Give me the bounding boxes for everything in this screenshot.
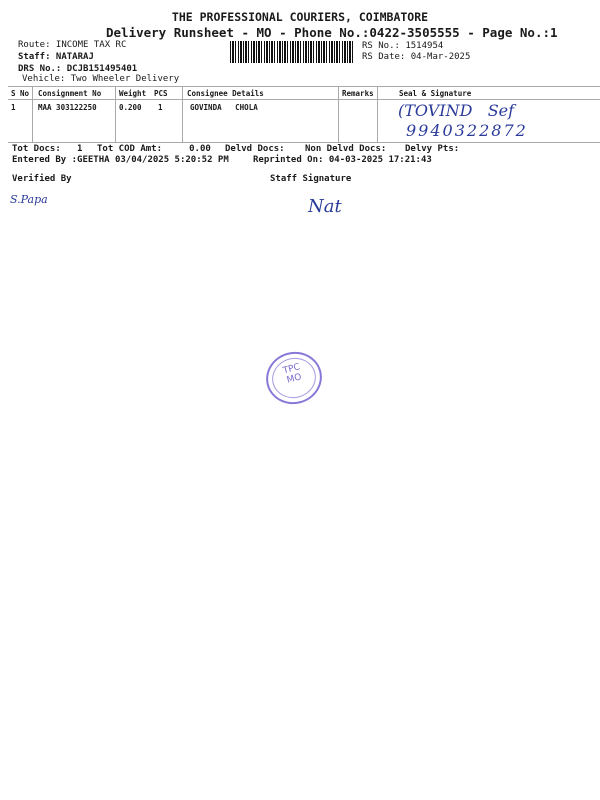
- row-consignment: MAA 303122250: [38, 103, 97, 112]
- tot-cod: Tot COD Amt: 0.00: [97, 144, 211, 154]
- delvd-docs: Delvd Docs:: [225, 144, 285, 154]
- staff-signature-label: Staff Signature: [270, 174, 351, 184]
- staff-signature: Nat: [308, 196, 342, 217]
- non-delvd-docs: Non Delvd Docs:: [305, 144, 386, 154]
- col-consignment: Consignment No: [38, 89, 101, 98]
- verified-signature: S.Papa: [10, 193, 48, 206]
- barcode: [230, 41, 355, 63]
- entered-by: Entered By :GEETHA 03/04/2025 5:20:52 PM: [12, 155, 229, 165]
- staff: Staff: NATARAJ: [18, 52, 94, 62]
- vehicle: Vehicle: Two Wheeler Delivery: [22, 74, 179, 84]
- route: Route: INCOME TAX RC: [18, 40, 126, 50]
- rs-date: RS Date: 04-Mar-2025: [362, 52, 470, 62]
- company-stamp: TPC MO: [260, 346, 328, 411]
- row-weight: 0.200: [119, 103, 142, 112]
- verified-by-label: Verified By: [12, 174, 72, 184]
- row-consignee: GOVINDA CHOLA: [190, 103, 258, 112]
- handwritten-name: (TOVIND Sef: [398, 101, 514, 120]
- reprinted-on: Reprinted On: 04-03-2025 17:21:43: [253, 155, 432, 165]
- drs-no: DRS No.: DCJB151495401: [18, 64, 137, 74]
- col-remarks: Remarks: [342, 89, 374, 98]
- col-sno: S No: [11, 89, 29, 98]
- row-sno: 1: [11, 103, 16, 112]
- col-pcs: PCS: [154, 89, 168, 98]
- company-title: THE PROFESSIONAL COURIERS, COIMBATORE: [0, 10, 600, 24]
- tot-docs: Tot Docs: 1: [12, 144, 82, 154]
- handwritten-phone: 9940322872: [406, 121, 528, 140]
- runsheet-subtitle: Delivery Runsheet - MO - Phone No.:0422-…: [106, 25, 558, 40]
- delvy-pts: Delvy Pts:: [405, 144, 459, 154]
- col-signature: Seal & Signature: [399, 89, 471, 98]
- runsheet-table: S No Consignment No Weight PCS Consignee…: [8, 86, 600, 143]
- col-weight: Weight: [119, 89, 146, 98]
- rs-no: RS No.: 1514954: [362, 41, 443, 51]
- col-consignee: Consignee Details: [187, 89, 264, 98]
- row-pcs: 1: [158, 103, 163, 112]
